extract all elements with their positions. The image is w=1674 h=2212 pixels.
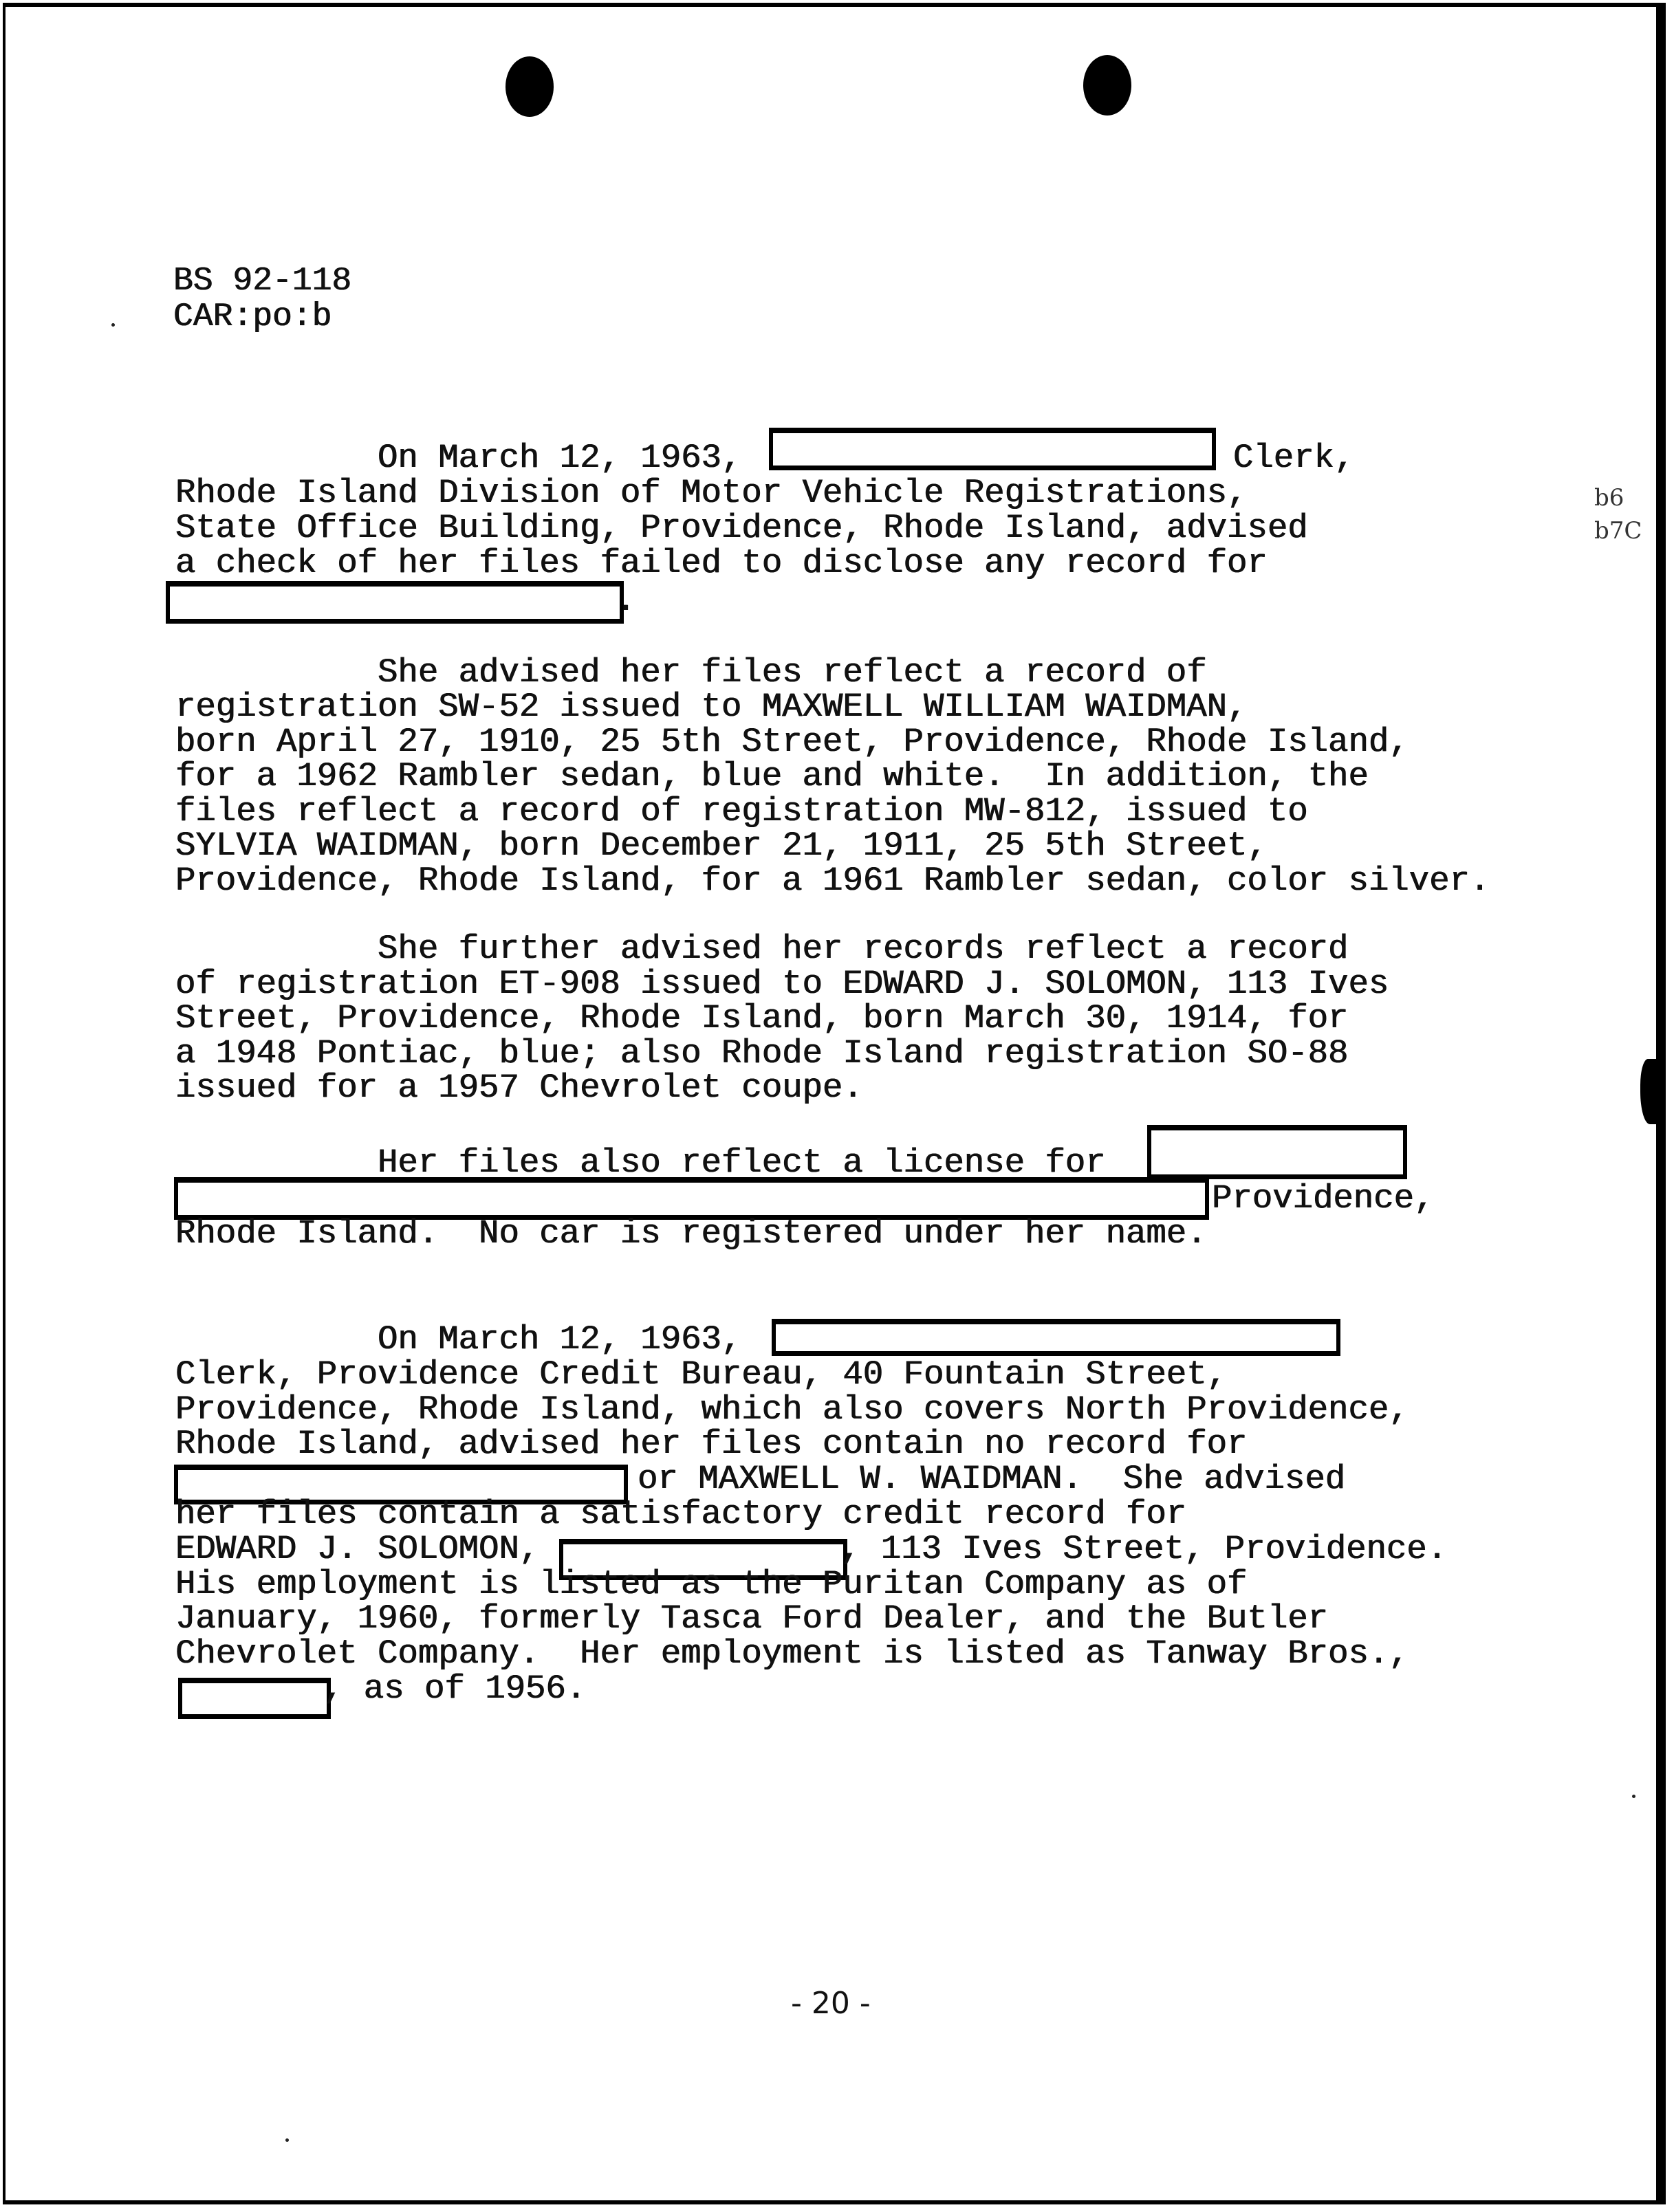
paragraph-1-line-suffix: Clerk,	[1233, 441, 1354, 475]
typist-initials: CAR:po:b	[173, 300, 331, 333]
redaction-box	[174, 1177, 1209, 1220]
paragraph-1-line: Rhode Island Division of Motor Vehicle R…	[175, 477, 1247, 510]
redaction-box	[178, 1678, 331, 1719]
hole-punch-right-icon	[1083, 55, 1131, 116]
paragraph-5-line: Rhode Island, advised her files contain …	[175, 1427, 1247, 1461]
document-page: BS 92-118 CAR:po:b b6 b7C On March 12, 1…	[0, 0, 1674, 2212]
redaction-box	[166, 581, 624, 624]
paragraph-5-line: On March 12, 1963,	[175, 1323, 741, 1357]
scan-speck	[111, 323, 115, 327]
paragraph-5-line: January, 1960, formerly Tasca Ford Deale…	[175, 1602, 1328, 1636]
paragraph-2-line: registration SW-52 issued to MAXWELL WIL…	[175, 690, 1247, 724]
exemption-code: b7C	[1594, 514, 1642, 547]
scan-speck	[1632, 1795, 1635, 1798]
paragraph-2-line: born April 27, 1910, 25 5th Street, Prov…	[175, 725, 1409, 759]
paragraph-2-line: SYLVIA WAIDMAN, born December 21, 1911, …	[175, 829, 1268, 863]
paragraph-5-line: Providence, Rhode Island, which also cov…	[175, 1393, 1409, 1427]
paragraph-3-line: a 1948 Pontiac, blue; also Rhode Island …	[175, 1037, 1348, 1071]
paragraph-3-line: Street, Providence, Rhode Island, born M…	[175, 1002, 1348, 1036]
paragraph-1-line: a check of her files failed to disclose …	[175, 547, 1268, 580]
paragraph-4-line: Rhode Island. No car is registered under…	[175, 1217, 1207, 1251]
scan-border-bottom	[3, 2200, 1666, 2204]
paragraph-5-line: or MAXWELL W. WAIDMAN. She advised	[638, 1463, 1345, 1496]
paragraph-2-line: She advised her files reflect a record o…	[175, 656, 1207, 690]
paragraph-3-line: issued for a 1957 Chevrolet coupe.	[175, 1071, 863, 1105]
paragraph-2-line: for a 1962 Rambler sedan, blue and white…	[175, 760, 1369, 793]
scan-speck	[285, 2138, 289, 2142]
paragraph-5-line: EDWARD J. SOLOMON,	[175, 1533, 539, 1566]
paragraph-3-line: of registration ET-908 issued to EDWARD …	[175, 967, 1389, 1001]
foia-exemption-codes: b6 b7C	[1594, 481, 1642, 547]
file-number: BS 92-118	[173, 265, 351, 298]
paragraph-5-line: Clerk, Providence Credit Bureau, 40 Foun…	[175, 1358, 1227, 1392]
staple-mark-icon	[1640, 1059, 1660, 1124]
paragraph-4-line: Providence,	[1212, 1182, 1434, 1216]
paragraph-3-line: She further advised her records reflect …	[175, 932, 1348, 966]
exemption-code: b6	[1594, 481, 1642, 514]
redaction-box	[1147, 1125, 1407, 1179]
redaction-box	[769, 428, 1216, 470]
paragraph-5-line: her files contain a satisfactory credit …	[175, 1498, 1186, 1531]
paragraph-2-line: files reflect a record of registration M…	[175, 795, 1308, 829]
paragraph-1-line: State Office Building, Providence, Rhode…	[175, 512, 1308, 545]
scan-border-top	[3, 3, 1666, 7]
paragraph-4-line: Her files also reflect a license for	[175, 1146, 1106, 1180]
paragraph-5-line: , 113 Ives Street, Providence.	[840, 1533, 1447, 1566]
paragraph-5-line: Chevrolet Company. Her employment is lis…	[175, 1637, 1409, 1671]
paragraph-2-line: Providence, Rhode Island, for a 1961 Ram…	[175, 864, 1490, 898]
paragraph-1-trailing: .	[616, 584, 635, 618]
scan-border-left	[3, 3, 6, 2202]
hole-punch-left-icon	[506, 56, 554, 117]
redaction-box	[772, 1319, 1340, 1356]
page-number: - 20 -	[791, 1986, 871, 2021]
paragraph-1-line: On March 12, 1963,	[175, 441, 741, 475]
paragraph-5-line: , as of 1956.	[323, 1672, 586, 1706]
paragraph-5-line: His employment is listed as the Puritan …	[175, 1568, 1247, 1601]
